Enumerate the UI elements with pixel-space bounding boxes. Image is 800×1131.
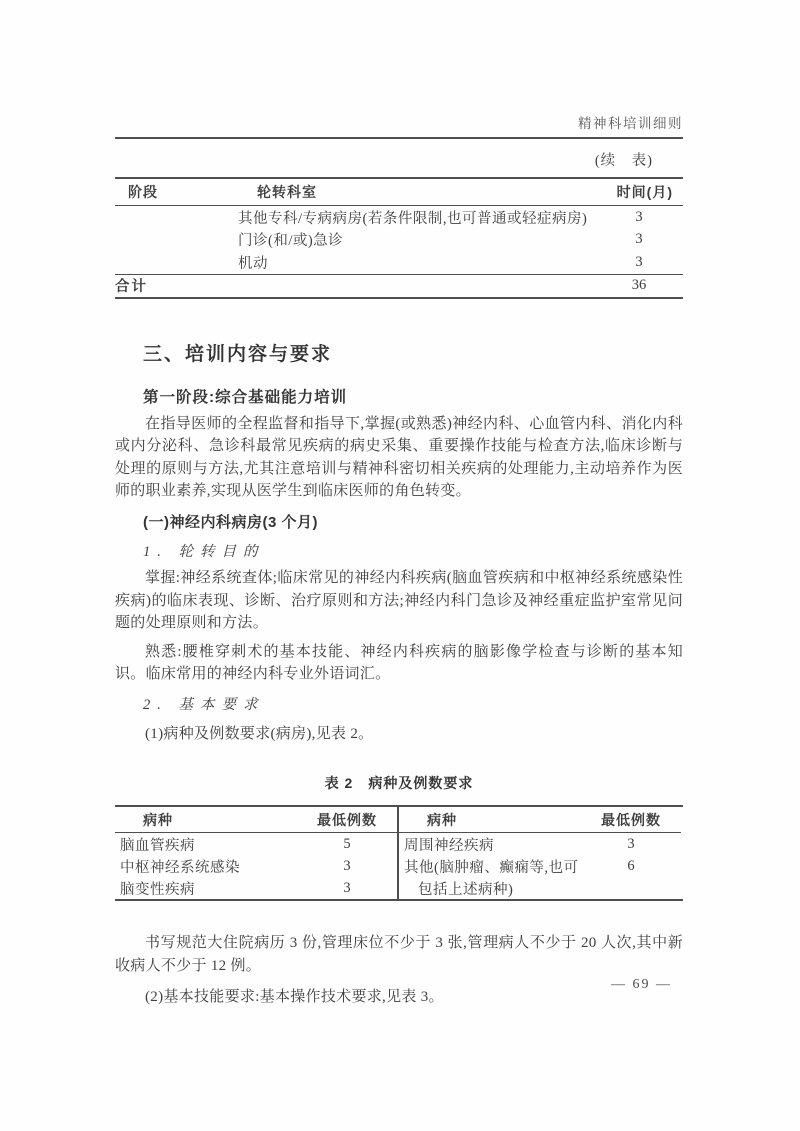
disease-cell-continuation: 包括上述病种): [399, 878, 581, 899]
disease-cell: 脑变性疾病: [115, 878, 297, 899]
department-cell: 机动: [115, 252, 605, 273]
subsection-heading: (一)神经内科病房(3 个月): [143, 511, 683, 532]
months-cell: 3: [605, 209, 673, 226]
stage-heading: 第一阶段:综合基础能力培训: [143, 385, 683, 407]
item-rotation-purpose: 1. 轮转目的: [143, 540, 683, 561]
disease-cell: 其他(脑肿瘤、癫痫等,也可: [399, 856, 581, 877]
column-header-stage: 阶段: [115, 182, 257, 202]
min-cases-cell: 3: [581, 836, 681, 853]
table-row: 门诊(和/或)急诊 3: [115, 229, 683, 252]
disease-cell: 中枢神经系统感染: [115, 856, 297, 877]
table-row: 机动 3: [115, 251, 683, 274]
min-cases-cell: 6: [581, 858, 681, 875]
disease-table-header: 病种 最低例数: [399, 807, 681, 833]
requirement-1-line: (1)病种及例数要求(病房),见表 2。: [115, 722, 683, 743]
total-label: 合计: [115, 275, 605, 296]
rotation-table-header: 阶段 轮转科室 时间(月): [115, 179, 683, 206]
table-row: 周围神经疾病 3: [399, 833, 681, 855]
table-row: 其他(脑肿瘤、癫痫等,也可 6: [399, 855, 681, 877]
item-basic-requirements: 2. 基本要求: [143, 693, 683, 714]
table-row: 脑血管疾病 5: [115, 833, 397, 855]
table-row: 其他专科/专病病房(若条件限制,也可普通或轻症病房) 3: [115, 206, 683, 229]
min-cases-cell: 3: [297, 858, 397, 875]
total-months-cell: 36: [605, 277, 673, 294]
page-content: 精神科培训细则 (续 表) 阶段 轮转科室 时间(月) 其他专科/专病病房(若条…: [115, 0, 683, 1006]
column-header-min-cases: 最低例数: [581, 810, 681, 830]
page-number: — 69 —: [611, 977, 672, 993]
running-header: 精神科培训细则: [115, 0, 683, 139]
disease-cases-table: 病种 最低例数 脑血管疾病 5 中枢神经系统感染 3 脑变性疾病 3: [115, 805, 683, 901]
disease-cell: 脑血管疾病: [115, 834, 297, 855]
after-table-paragraph: 书写规范大住院病历 3 份,管理床位不少于 3 张,管理病人不少于 20 人次,…: [115, 932, 683, 977]
column-header-time: 时间(月): [605, 182, 683, 202]
table-total-row: 合计 36: [115, 274, 683, 297]
rotation-schedule-table: 阶段 轮转科室 时间(月) 其他专科/专病病房(若条件限制,也可普通或轻症病房)…: [115, 177, 683, 299]
min-cases-cell: 3: [297, 880, 397, 897]
master-paragraph: 掌握:神经系统查体;临床常见的神经内科疾病(脑血管疾病和中枢神经系统感染性疾病)…: [115, 567, 683, 634]
column-header-min-cases: 最低例数: [297, 810, 397, 830]
document-title: 精神科培训细则: [578, 116, 683, 131]
table-row: 中枢神经系统感染 3: [115, 855, 397, 877]
document-page: 精神科培训细则 (续 表) 阶段 轮转科室 时间(月) 其他专科/专病病房(若条…: [0, 0, 800, 1131]
department-cell: 其他专科/专病病房(若条件限制,也可普通或轻症病房): [115, 207, 605, 228]
disease-table-left-half: 病种 最低例数 脑血管疾病 5 中枢神经系统感染 3 脑变性疾病 3: [115, 807, 399, 899]
familiar-paragraph: 熟悉:腰椎穿刺术的基本技能、神经内科疾病的脑影像学检查与诊断的基本知识。临床常用…: [115, 641, 683, 686]
column-header-disease: 病种: [115, 810, 297, 830]
table2-caption: 表 2 病种及例数要求: [115, 773, 683, 793]
requirement-2-line: (2)基本技能要求:基本操作技术要求,见表 3。: [115, 985, 683, 1006]
table-continued-label: (续 表): [115, 149, 683, 170]
section-heading: 三、培训内容与要求: [143, 339, 683, 366]
disease-cell: 周围神经疾病: [399, 834, 581, 855]
table-row: 脑变性疾病 3: [115, 877, 397, 899]
months-cell: 3: [605, 231, 673, 248]
table-row: 包括上述病种): [399, 877, 681, 899]
intro-paragraph: 在指导医师的全程监督和指导下,掌握(或熟悉)神经内科、心血管内科、消化内科或内分…: [115, 413, 683, 503]
months-cell: 3: [605, 254, 673, 271]
department-cell: 门诊(和/或)急诊: [115, 229, 605, 250]
column-header-department: 轮转科室: [257, 182, 605, 202]
disease-table-right-half: 病种 最低例数 周围神经疾病 3 其他(脑肿瘤、癫痫等,也可 6 包括上述病种): [399, 807, 681, 899]
column-header-disease: 病种: [399, 810, 581, 830]
disease-table-header: 病种 最低例数: [115, 807, 397, 833]
min-cases-cell: 5: [297, 836, 397, 853]
